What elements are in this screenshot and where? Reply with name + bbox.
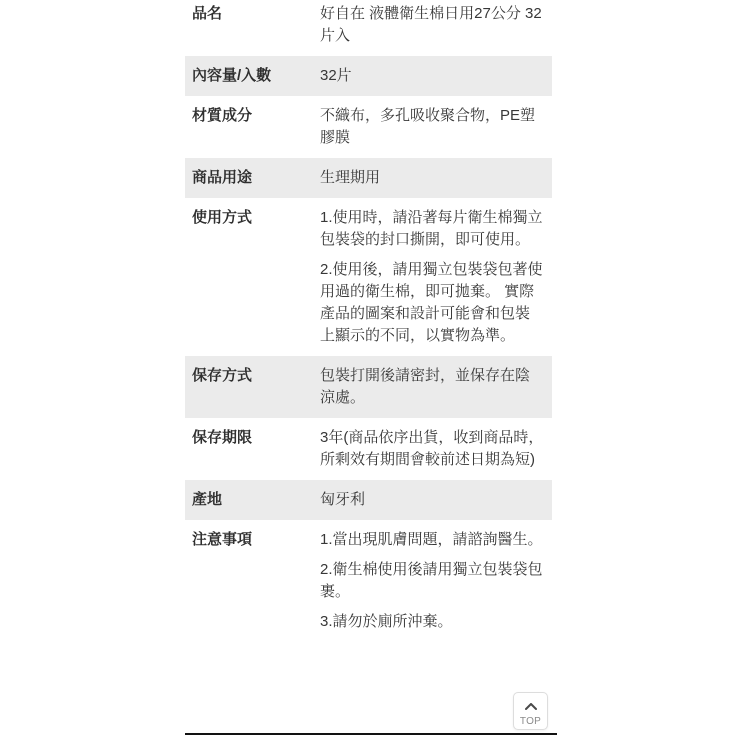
spec-label: 內容量/入數 (185, 65, 320, 87)
spec-label: 商品用途 (185, 167, 320, 189)
spec-value: 1.當出現肌膚問題，請諮詢醫生。 2.衛生棉使用後請用獨立包裝袋包裹。 3.請勿… (320, 529, 552, 633)
spec-row-origin: 產地 匈牙利 (185, 480, 552, 520)
spec-value: 不織布，多孔吸收聚合物，PE塑膠膜 (320, 105, 552, 149)
spec-row-product-name: 品名 好自在 液體衛生棉日用27公分 32片入 (185, 0, 552, 56)
spec-label: 注意事項 (185, 529, 320, 551)
spec-label: 產地 (185, 489, 320, 511)
spec-row-shelf-life: 保存期限 3年(商品依序出貨，收到商品時，所剩效有期間會較前述日期為短) (185, 418, 552, 480)
spec-value: 好自在 液體衛生棉日用27公分 32片入 (320, 3, 552, 47)
spec-label: 保存方式 (185, 365, 320, 387)
spec-label: 材質成分 (185, 105, 320, 127)
spec-label: 保存期限 (185, 427, 320, 449)
precaution-item: 1.當出現肌膚問題，請諮詢醫生。 (320, 529, 544, 551)
spec-row-usage-purpose: 商品用途 生理期用 (185, 158, 552, 198)
spec-value: 32片 (320, 65, 552, 87)
spec-label: 品名 (185, 3, 320, 25)
usage-step: 2.使用後，請用獨立包裝袋包著使用過的衛生棉，即可拋棄。 實際產品的圖案和設計可… (320, 259, 544, 347)
spec-value: 3年(商品依序出貨，收到商品時，所剩效有期間會較前述日期為短) (320, 427, 552, 471)
chevron-up-icon (525, 697, 537, 715)
spec-row-storage-method: 保存方式 包裝打開後請密封，並保存在陰涼處。 (185, 356, 552, 418)
back-to-top-button[interactable]: TOP (513, 692, 548, 730)
spec-value: 匈牙利 (320, 489, 552, 511)
section-divider (185, 733, 557, 735)
spec-value: 1.使用時，請沿著每片衛生棉獨立包裝袋的封口撕開，即可使用。 2.使用後，請用獨… (320, 207, 552, 347)
spec-label: 使用方式 (185, 207, 320, 229)
spec-row-material: 材質成分 不織布，多孔吸收聚合物，PE塑膠膜 (185, 96, 552, 158)
usage-step: 1.使用時，請沿著每片衛生棉獨立包裝袋的封口撕開，即可使用。 (320, 207, 544, 251)
product-spec-table: 品名 好自在 液體衛生棉日用27公分 32片入 內容量/入數 32片 材質成分 … (185, 0, 552, 642)
product-spec-page: 品名 好自在 液體衛生棉日用27公分 32片入 內容量/入數 32片 材質成分 … (0, 0, 741, 741)
spec-value: 生理期用 (320, 167, 552, 189)
spec-row-usage-method: 使用方式 1.使用時，請沿著每片衛生棉獨立包裝袋的封口撕開，即可使用。 2.使用… (185, 198, 552, 356)
spec-value: 包裝打開後請密封，並保存在陰涼處。 (320, 365, 552, 409)
precaution-item: 3.請勿於廁所沖棄。 (320, 611, 544, 633)
spec-row-content-count: 內容量/入數 32片 (185, 56, 552, 96)
spec-row-precautions: 注意事項 1.當出現肌膚問題，請諮詢醫生。 2.衛生棉使用後請用獨立包裝袋包裹。… (185, 520, 552, 642)
precaution-item: 2.衛生棉使用後請用獨立包裝袋包裹。 (320, 559, 544, 603)
back-to-top-label: TOP (520, 716, 541, 727)
